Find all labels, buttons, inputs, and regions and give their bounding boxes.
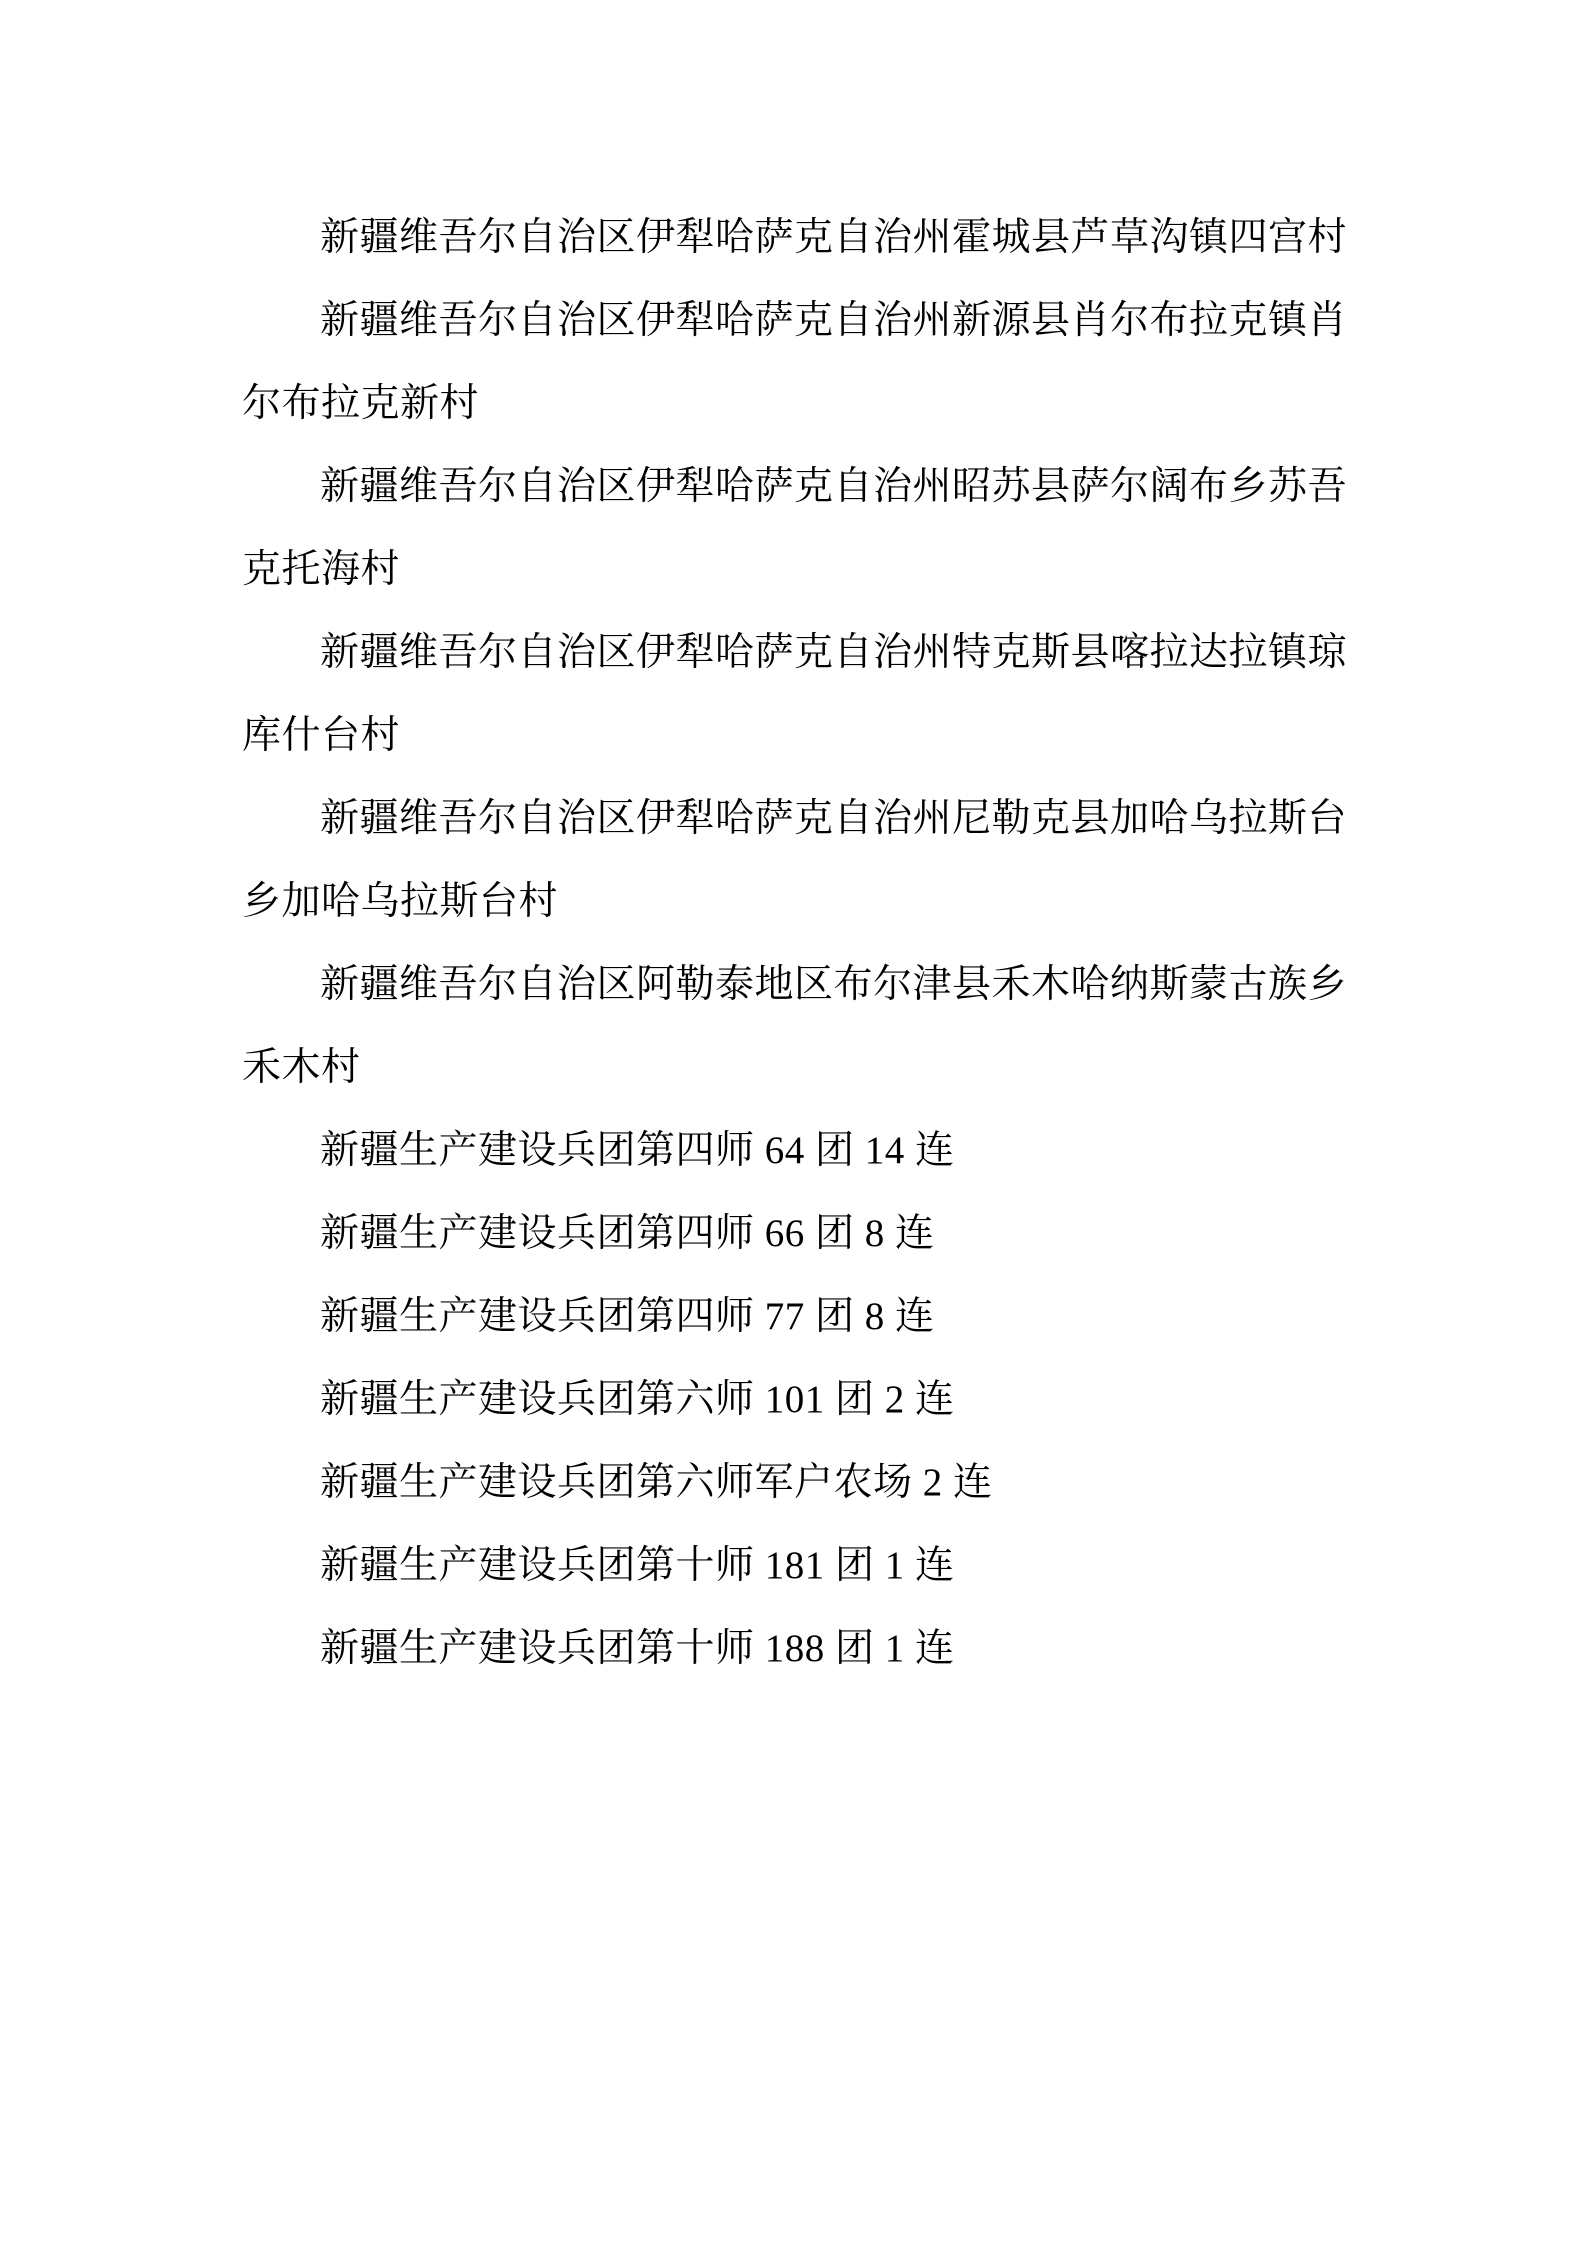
document-background: { "page": { "background_color": "#ffffff…: [0, 0, 1587, 2245]
paragraph-village-2: 新疆维吾尔自治区伊犁哈萨克自治州新源县肖尔布拉克镇肖尔布拉克新村: [242, 279, 1347, 445]
paragraph-village-1: 新疆维吾尔自治区伊犁哈萨克自治州霍城县芦草沟镇四宫村: [242, 196, 1347, 279]
paragraph-corps-1: 新疆生产建设兵团第四师 64 团 14 连: [242, 1109, 1347, 1192]
paragraph-village-3: 新疆维吾尔自治区伊犁哈萨克自治州昭苏县萨尔阔布乡苏吾克托海村: [242, 445, 1347, 611]
paragraph-corps-7: 新疆生产建设兵团第十师 188 团 1 连: [242, 1607, 1347, 1690]
paragraph-corps-4: 新疆生产建设兵团第六师 101 团 2 连: [242, 1358, 1347, 1441]
paragraph-village-5: 新疆维吾尔自治区伊犁哈萨克自治州尼勒克县加哈乌拉斯台乡加哈乌拉斯台村: [242, 777, 1347, 943]
paragraph-village-4: 新疆维吾尔自治区伊犁哈萨克自治州特克斯县喀拉达拉镇琼库什台村: [242, 611, 1347, 777]
paragraph-corps-6: 新疆生产建设兵团第十师 181 团 1 连: [242, 1524, 1347, 1607]
paragraph-corps-3: 新疆生产建设兵团第四师 77 团 8 连: [242, 1275, 1347, 1358]
document-page: 新疆维吾尔自治区伊犁哈萨克自治州霍城县芦草沟镇四宫村 新疆维吾尔自治区伊犁哈萨克…: [0, 0, 1587, 2245]
paragraph-corps-2: 新疆生产建设兵团第四师 66 团 8 连: [242, 1192, 1347, 1275]
paragraph-corps-5: 新疆生产建设兵团第六师军户农场 2 连: [242, 1441, 1347, 1524]
paragraph-village-6: 新疆维吾尔自治区阿勒泰地区布尔津县禾木哈纳斯蒙古族乡禾木村: [242, 943, 1347, 1109]
